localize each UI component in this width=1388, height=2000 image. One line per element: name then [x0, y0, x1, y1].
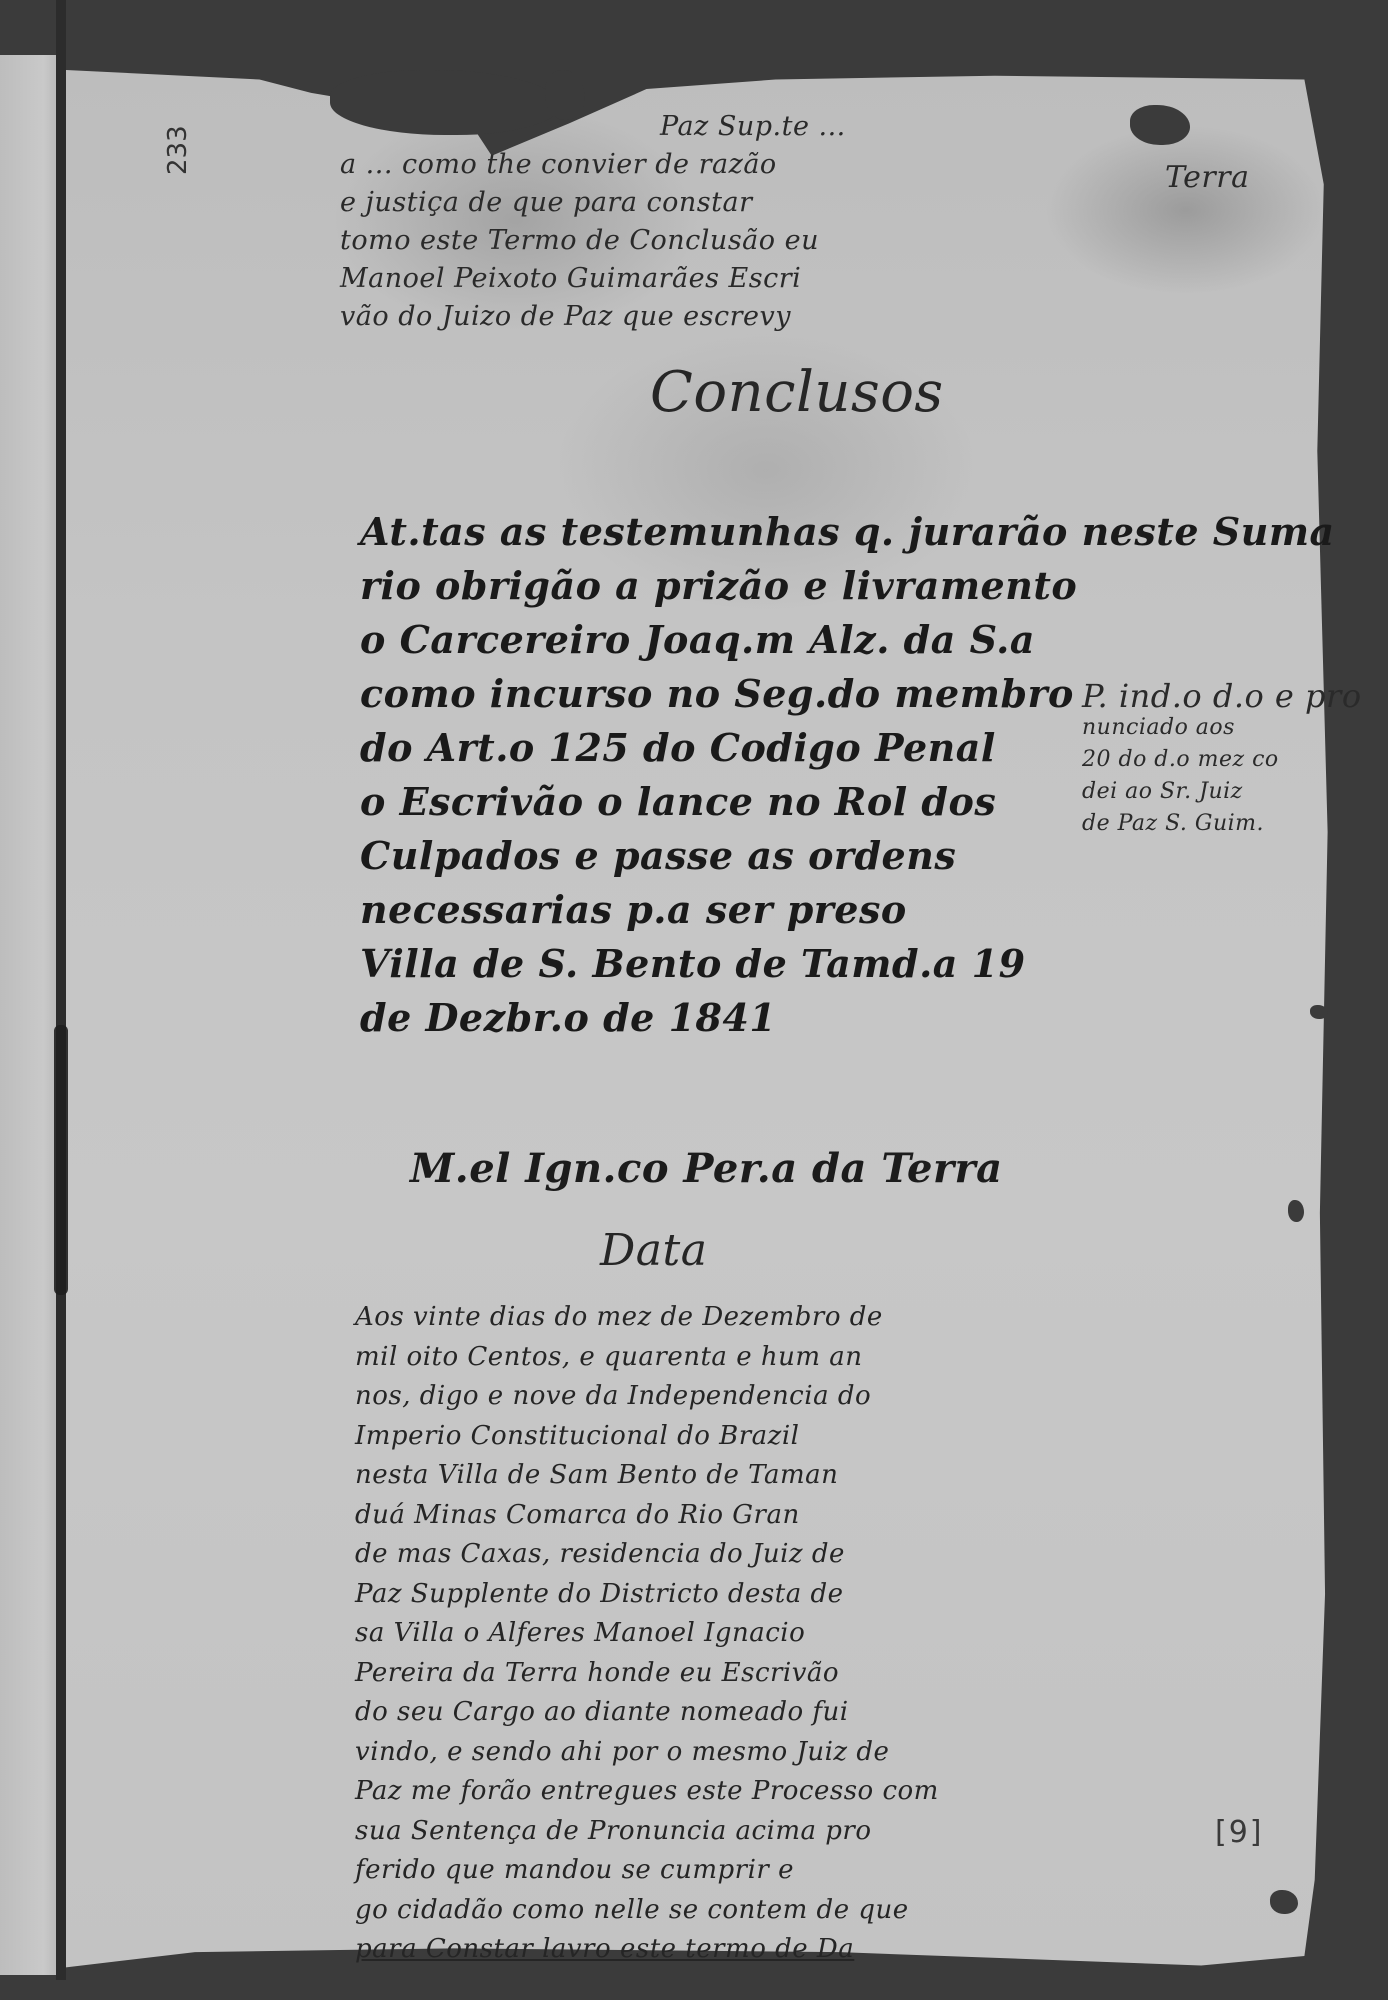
text-line: dei ao Sr. Juiz [1082, 776, 1362, 808]
text-line: o Carcereiro Joaq.m Alz. da S.a [360, 613, 1335, 667]
text-line: nos, digo e nove da Independencia do [355, 1377, 939, 1417]
text-line: vindo, e sendo ahi por o mesmo Juiz de [355, 1733, 939, 1773]
side-margin-note: P. ind.o d.o e pro nunciado aos 20 do d.… [1082, 680, 1362, 840]
binding-smudge [54, 1025, 68, 1295]
text-line: Pereira da Terra honde eu Escrivão [355, 1654, 939, 1694]
text-line: para Constar lavro este termo de Da [355, 1930, 939, 1970]
text-line: mil oito Centos, e quarenta e hum an [355, 1338, 939, 1378]
text-line: Manoel Peixoto Guimarães Escri [340, 260, 846, 298]
text-line: nunciado aos [1082, 712, 1362, 744]
previous-leaf-strip [0, 55, 62, 1975]
text-line: At.tas as testemunhas q. jurarão neste S… [360, 505, 1335, 559]
data-text-block: Aos vinte dias do mez de Dezembro de mil… [355, 1298, 939, 1970]
text-line: de Paz S. Guim. [1082, 808, 1362, 840]
conclusion-heading: Conclusos [650, 360, 944, 425]
data-heading: Data [600, 1225, 707, 1276]
text-line: ferido que mandou se cumprir e [355, 1851, 939, 1891]
binding-gutter [56, 0, 66, 1980]
text-line: nesta Villa de Sam Bento de Taman [355, 1456, 939, 1496]
text-line: duá Minas Comarca do Rio Gran [355, 1496, 939, 1536]
archive-page-stamp: [9] [1215, 1815, 1264, 1850]
ink-blot-top-right [1130, 105, 1190, 145]
text-line: Villa de S. Bento de Tamd.a 19 [360, 937, 1335, 991]
folio-number: 233 [163, 125, 193, 175]
text-line: Aos vinte dias do mez de Dezembro de [355, 1298, 939, 1338]
top-margin-note: Terra [1165, 160, 1250, 195]
text-line: do seu Cargo ao diante nomeado fui [355, 1693, 939, 1733]
ink-blot-right-2 [1288, 1200, 1304, 1222]
text-line: sua Sentença de Pronuncia acima pro [355, 1812, 939, 1852]
text-line: Imperio Constitucional do Brazil [355, 1417, 939, 1457]
text-line: rio obrigão a prizão e livramento [360, 559, 1335, 613]
text-line: Paz Supplente do Districto desta de [355, 1575, 939, 1615]
text-line: 20 do d.o mez co [1082, 744, 1362, 776]
text-line: de mas Caxas, residencia do Juiz de [355, 1535, 939, 1575]
text-line: P. ind.o d.o e pro [1082, 680, 1362, 712]
text-line: go cidadão como nelle se contem de que [355, 1891, 939, 1931]
text-line: sa Villa o Alferes Manoel Ignacio [355, 1614, 939, 1654]
text-line: a ... como the convier de razão [340, 146, 846, 184]
ink-blot-bottom [1270, 1890, 1298, 1914]
text-line: tomo este Termo de Conclusão eu [340, 222, 846, 260]
text-line: necessarias p.a ser preso [360, 883, 1335, 937]
text-line: de Dezbr.o de 1841 [360, 991, 1335, 1045]
text-line: Paz Sup.te ... [340, 108, 846, 146]
text-line: Paz me forão entregues este Processo com [355, 1772, 939, 1812]
text-line: vão do Juizo de Paz que escrevy [340, 298, 846, 336]
top-text-block: Paz Sup.te ... a ... como the convier de… [340, 108, 846, 336]
text-line: e justiça de que para constar [340, 184, 846, 222]
ink-blot-right-1 [1310, 1005, 1328, 1019]
scan-background: 233 Paz Sup.te ... a ... como the convie… [0, 0, 1388, 2000]
judge-signature: M.el Ign.co Per.a da Terra [410, 1145, 1003, 1192]
